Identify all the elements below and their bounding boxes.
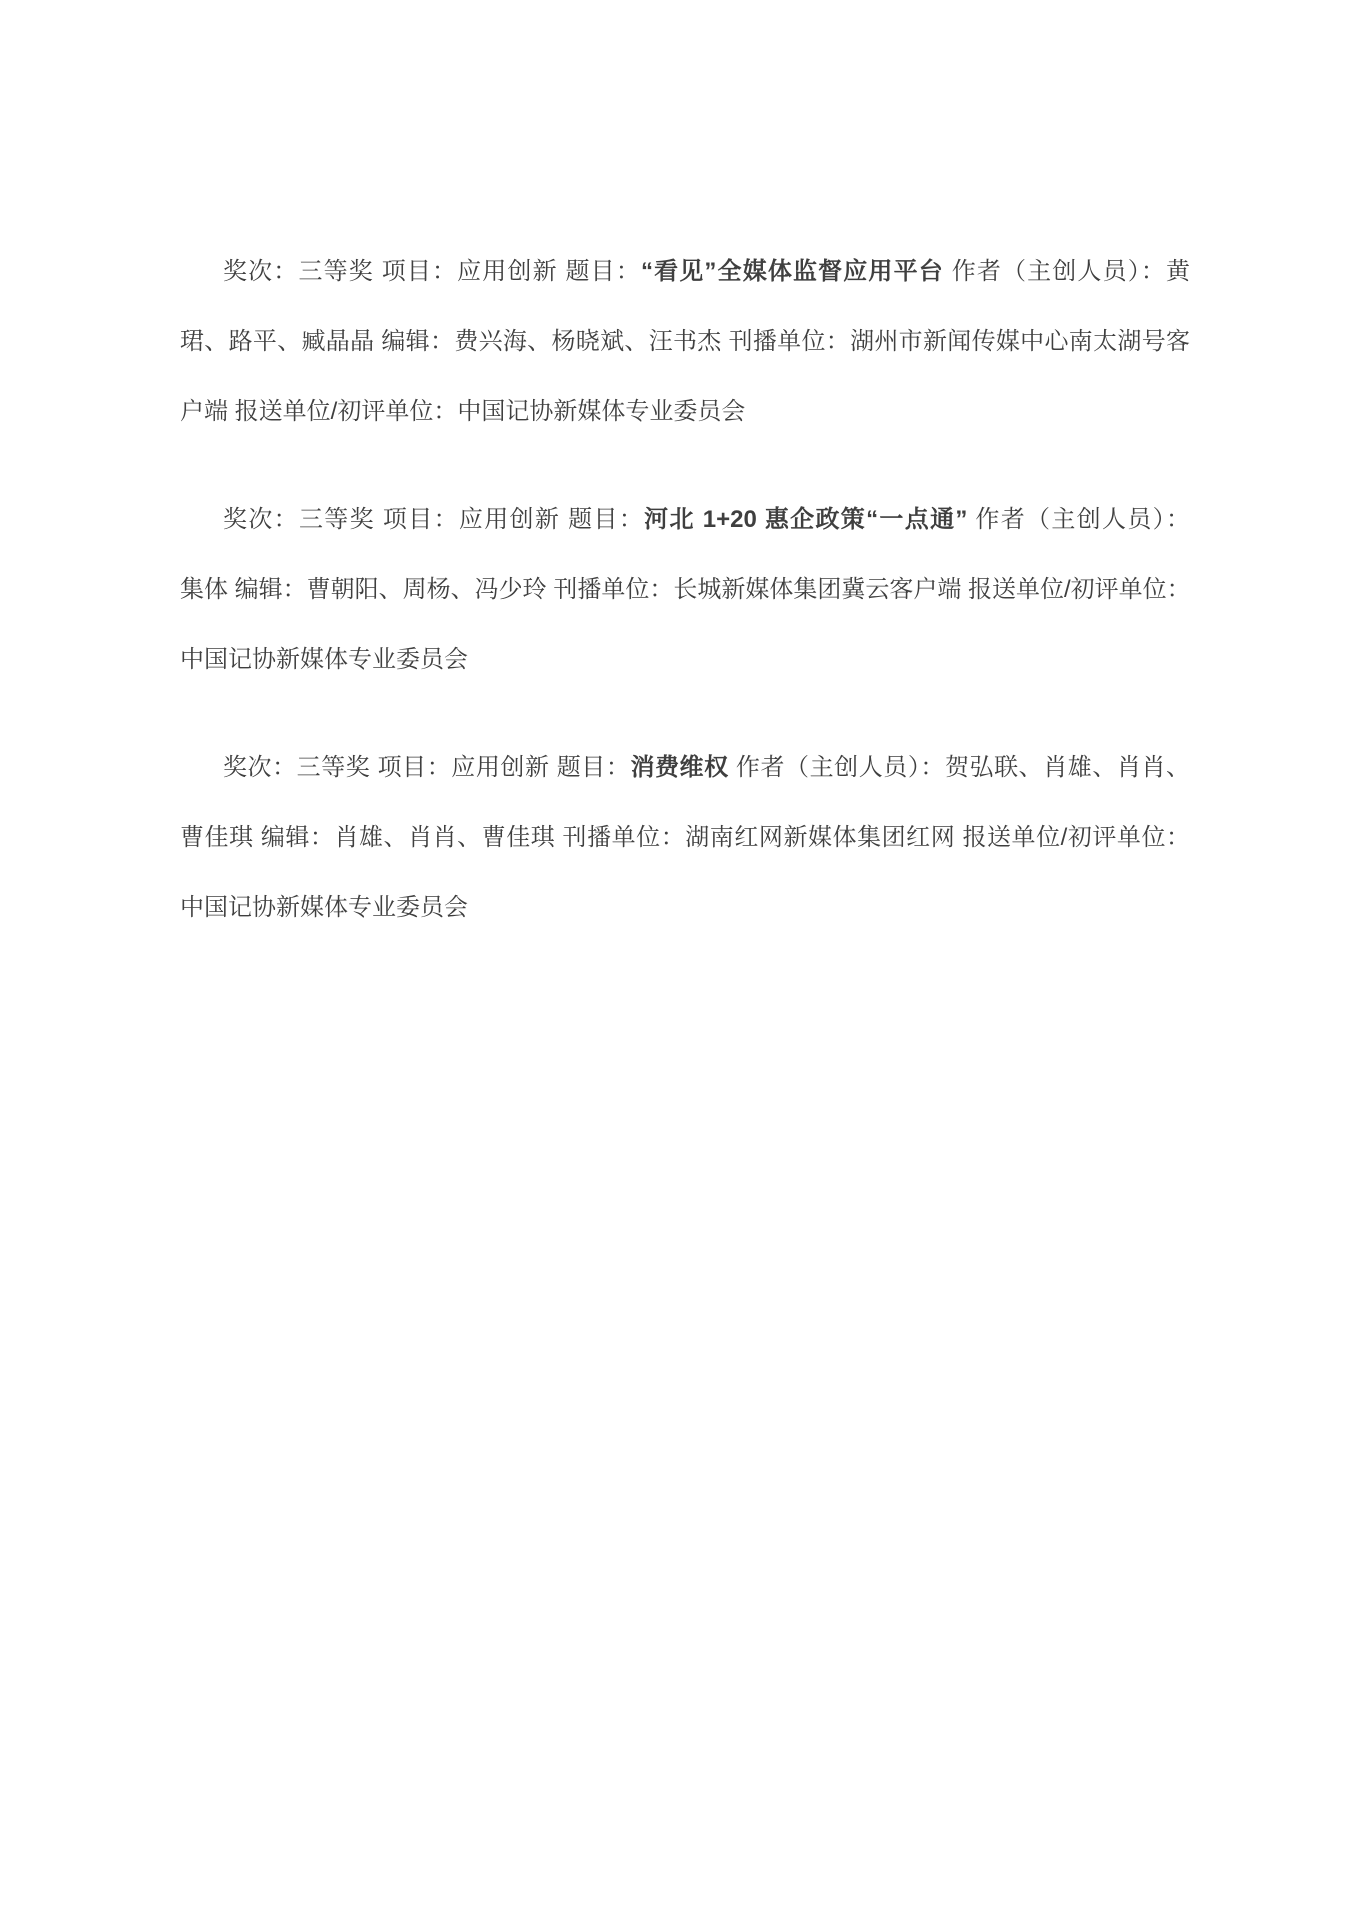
text-run: 中国记协新媒体专业委员会: [180, 894, 468, 921]
text-run: 奖次：三等奖 项目：应用创新 题目：: [223, 754, 630, 781]
text-run: 作者（主创人员）：贺弘联、肖雄、肖肖、: [729, 754, 1190, 781]
text-line: 中国记协新媒体专业委员会: [180, 873, 1190, 943]
text-run: 户端 报送单位/初评单位：中国记协新媒体专业委员会: [180, 398, 745, 425]
text-run: 集体 编辑：曹朝阳、周杨、冯少玲 刊播单位：长城新媒体集团冀云客户端 报送单位/…: [180, 576, 1191, 603]
text-run: 中国记协新媒体专业委员会: [180, 646, 468, 673]
award-title: 消费维权: [630, 754, 728, 781]
text-run: 奖次：三等奖 项目：应用创新 题目：: [223, 506, 644, 533]
text-line: 奖次：三等奖 项目：应用创新 题目：河北 1+20 惠企政策“一点通” 作者（主…: [180, 485, 1190, 555]
text-line: 中国记协新媒体专业委员会: [180, 625, 1190, 695]
document-page: 奖次：三等奖 项目：应用创新 题目：“看见”全媒体监督应用平台 作者（主创人员）…: [0, 0, 1350, 1910]
award-title: “看见”全媒体监督应用平台: [641, 258, 944, 285]
document-body: 奖次：三等奖 项目：应用创新 题目：“看见”全媒体监督应用平台 作者（主创人员）…: [0, 0, 1350, 943]
text-line: 户端 报送单位/初评单位：中国记协新媒体专业委员会: [180, 377, 1190, 447]
award-entry-2: 奖次：三等奖 项目：应用创新 题目：河北 1+20 惠企政策“一点通” 作者（主…: [180, 485, 1190, 695]
text-line: 珺、路平、臧晶晶 编辑：费兴海、杨晓斌、汪书杰 刊播单位：湖州市新闻传媒中心南太…: [180, 307, 1190, 377]
text-run: 作者（主创人员）：黄: [944, 258, 1190, 285]
award-title: 河北 1+20 惠企政策“一点通”: [644, 506, 967, 533]
text-line: 集体 编辑：曹朝阳、周杨、冯少玲 刊播单位：长城新媒体集团冀云客户端 报送单位/…: [180, 555, 1190, 625]
text-run: 曹佳琪 编辑：肖雄、肖肖、曹佳琪 刊播单位：湖南红网新媒体集团红网 报送单位/初…: [180, 824, 1190, 851]
text-run: 珺、路平、臧晶晶 编辑：费兴海、杨晓斌、汪书杰 刊播单位：湖州市新闻传媒中心南太…: [180, 328, 1190, 355]
page: { "page": { "background": "#ffffff", "te…: [0, 0, 1350, 1910]
text-run: 奖次：三等奖 项目：应用创新 题目：: [223, 258, 641, 285]
text-line: 奖次：三等奖 项目：应用创新 题目：消费维权 作者（主创人员）：贺弘联、肖雄、肖…: [180, 733, 1190, 803]
text-run: 作者（主创人员）：: [967, 506, 1190, 533]
text-line: 曹佳琪 编辑：肖雄、肖肖、曹佳琪 刊播单位：湖南红网新媒体集团红网 报送单位/初…: [180, 803, 1190, 873]
text-line: 奖次：三等奖 项目：应用创新 题目：“看见”全媒体监督应用平台 作者（主创人员）…: [180, 237, 1190, 307]
award-entry-3: 奖次：三等奖 项目：应用创新 题目：消费维权 作者（主创人员）：贺弘联、肖雄、肖…: [180, 733, 1190, 943]
award-entry-1: 奖次：三等奖 项目：应用创新 题目：“看见”全媒体监督应用平台 作者（主创人员）…: [180, 237, 1190, 447]
